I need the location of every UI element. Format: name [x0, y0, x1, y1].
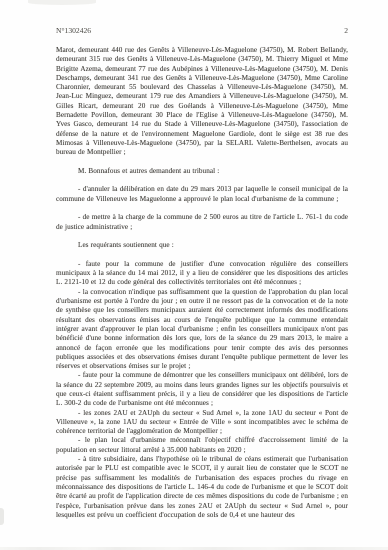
page-content: N°1302426 2 Marot, demeurant 440 rue des… [56, 26, 348, 520]
document-page: N°1302426 2 Marot, demeurant 440 rue des… [0, 0, 388, 550]
paragraph-moyen-subsidiaire: - à titre subsidiaire, dans l'hypothèse … [56, 455, 348, 520]
page-header: N°1302426 2 [56, 26, 348, 35]
scan-artifact-top [28, 0, 96, 5]
paragraph-parties-continuation: Marot, demeurant 440 rue des Genêts à Vi… [56, 46, 348, 158]
paragraph-demande-intro: M. Bonnafous et autres demandent au trib… [56, 167, 348, 176]
paragraph-moyen-ordre-du-jour: - la convocation n'indique pas suffisamm… [56, 288, 348, 372]
page-number: 2 [344, 26, 348, 35]
paragraph-annulation: - d'annuler la délibération en date du 2… [56, 185, 348, 204]
paragraph-moyen-objectif-population: - le plan local d'urbanisme méconnaît l'… [56, 436, 348, 455]
scan-artifact-left [0, 508, 4, 525]
paragraph-moyen-deliberation-objectifs: - faute pour la commune de démontrer que… [56, 371, 348, 408]
paragraph-soutiennent-intro: Les requérants soutiennent que : [56, 241, 348, 250]
paragraph-frais: - de mettre à la charge de la commune de… [56, 213, 348, 232]
paragraph-moyen-zones-incompatibles: - les zones 2AU et 2AUph du secteur « Su… [56, 409, 348, 437]
case-number: N°1302426 [56, 26, 91, 35]
paragraph-moyen-convocation-reguliere: - faute pour la commune de justifier d'u… [56, 260, 348, 288]
document-body: Marot, demeurant 440 rue des Genêts à Vi… [56, 46, 348, 520]
